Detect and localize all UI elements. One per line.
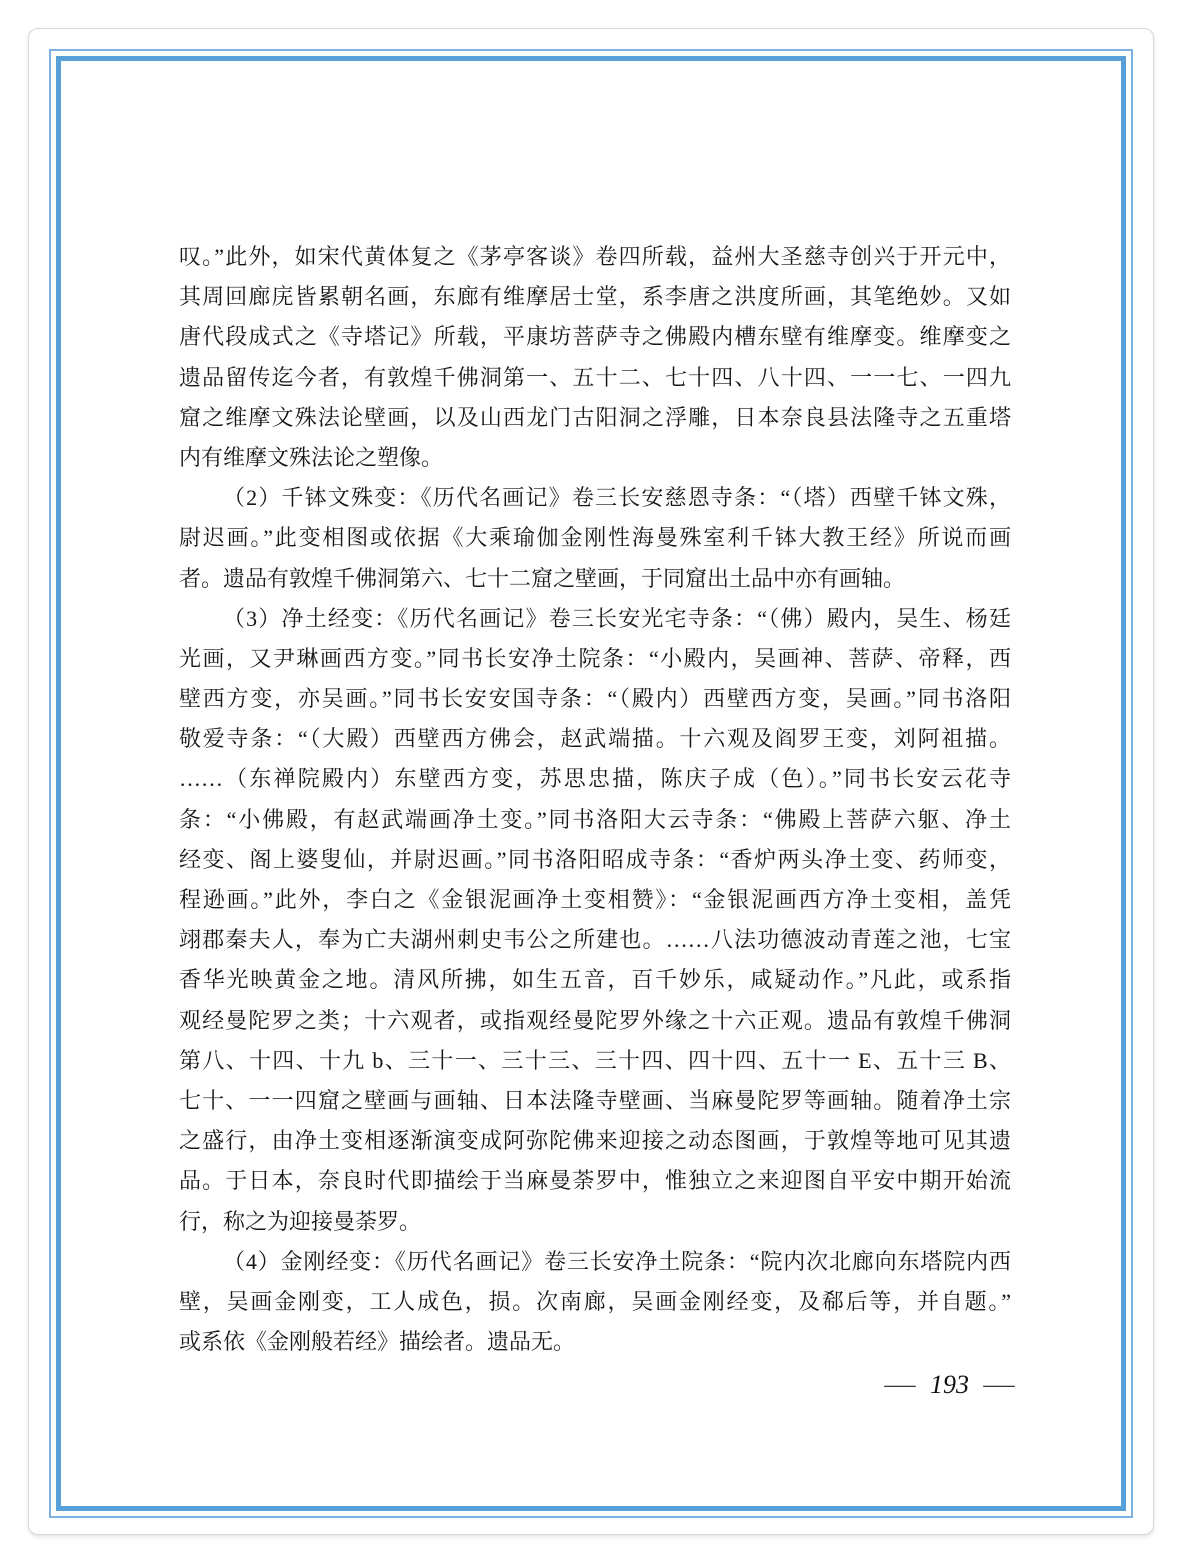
page-number: — 193 — [888, 1365, 1011, 1405]
text-line: 或系依《金刚般若经》描绘者。遗品无。 [179, 1322, 1011, 1362]
text-line: 行，称之为迎接曼荼罗。 [179, 1202, 1011, 1242]
text-line: 条：“小佛殿，有赵武端画净土变。”同书洛阳大云寺条：“佛殿上菩萨六躯、净土 [179, 800, 1011, 840]
text-line: 敬爱寺条：“（大殿）西壁西方佛会，赵武端描。十六观及阎罗王变，刘阿祖描。 [179, 719, 1011, 759]
text-line: ……（东禅院殿内）东壁西方变，苏思忠描，陈庆子成（色）。”同书长安云花寺 [179, 759, 1011, 799]
text-line: 遗品留传迄今者，有敦煌千佛洞第一、五十二、七十四、八十四、一一七、一四九 [179, 358, 1011, 398]
text-line: 程逊画。”此外，李白之《金银泥画净土变相赞》：“金银泥画西方净土变相，盖凭 [179, 880, 1011, 920]
body-text: 叹。”此外，如宋代黄体复之《茅亭客谈》卷四所载，益州大圣慈寺创兴于开元中，其周回… [179, 237, 1011, 1362]
text-line: 壁西方变，亦吴画。”同书长安安国寺条：“（殿内）西壁西方变，吴画。”同书洛阳 [179, 679, 1011, 719]
text-line: 之盛行，由净土变相逐渐演变成阿弥陀佛来迎接之动态图画，于敦煌等地可见其遗 [179, 1121, 1011, 1161]
text-line: （4）金刚经变：《历代名画记》卷三长安净土院条：“院内次北廊向东塔院内西 [179, 1242, 1011, 1282]
text-line: 其周回廊庑皆累朝名画，东廊有维摩居士堂，系李唐之洪度所画，其笔绝妙。又如 [179, 277, 1011, 317]
text-line: 七十、一一四窟之壁画与画轴、日本法隆寺壁画、当麻曼陀罗等画轴。随着净土宗 [179, 1081, 1011, 1121]
text-line: 壁，吴画金刚变，工人成色，损。次南廊，吴画金刚经变，及郗后等，并自题。” [179, 1282, 1011, 1322]
text-line: 窟之维摩文殊法论壁画，以及山西龙门古阳洞之浮雕，日本奈良县法隆寺之五重塔 [179, 398, 1011, 438]
text-line: 经变、阁上婆叟仙，并尉迟画。”同书洛阳昭成寺条：“香炉两头净土变、药师变， [179, 840, 1011, 880]
text-line: 尉迟画。”此变相图或依据《大乘瑜伽金刚性海曼殊室利千钵大教王经》所说而画 [179, 518, 1011, 558]
text-line: （2）千钵文殊变：《历代名画记》卷三长安慈恩寺条：“（塔）西壁千钵文殊， [179, 478, 1011, 518]
text-line: （3）净土经变：《历代名画记》卷三长安光宅寺条：“（佛）殿内，吴生、杨廷 [179, 599, 1011, 639]
text-line: 香华光映黄金之地。清风所拂，如生五音，百千妙乐，咸疑动作。”凡此，或系指 [179, 960, 1011, 1000]
text-line: 第八、十四、十九 b、三十一、三十三、三十四、四十四、五十一 E、五十三 B、 [179, 1041, 1011, 1081]
page-number-dash-right: — [983, 1372, 1014, 1399]
text-line: 者。遗品有敦煌千佛洞第六、七十二窟之壁画，于同窟出土品中亦有画轴。 [179, 559, 1011, 599]
text-line: 观经曼陀罗之类；十六观者，或指观经曼陀罗外缘之十六正观。遗品有敦煌千佛洞 [179, 1001, 1011, 1041]
page-number-value: 193 [930, 1370, 969, 1400]
text-line: 光画，又尹琳画西方变。”同书长安净土院条：“小殿内，吴画神、菩萨、帝释，西 [179, 639, 1011, 679]
text-line: 唐代段成式之《寺塔记》所载，平康坊菩萨寺之佛殿内槽东壁有维摩变。维摩变之 [179, 317, 1011, 357]
page-number-dash-left: — [884, 1372, 915, 1399]
text-line: 品。于日本，奈良时代即描绘于当麻曼荼罗中，惟独立之来迎图自平安中期开始流 [179, 1161, 1011, 1201]
text-line: 内有维摩文殊法论之塑像。 [179, 438, 1011, 478]
text-line: 叹。”此外，如宋代黄体复之《茅亭客谈》卷四所载，益州大圣慈寺创兴于开元中， [179, 237, 1011, 277]
book-page: 叹。”此外，如宋代黄体复之《茅亭客谈》卷四所载，益州大圣慈寺创兴于开元中，其周回… [28, 28, 1154, 1535]
text-line: 翊郡秦夫人，奉为亡夫湖州刺史韦公之所建也。……八法功德波动青莲之池，七宝 [179, 920, 1011, 960]
